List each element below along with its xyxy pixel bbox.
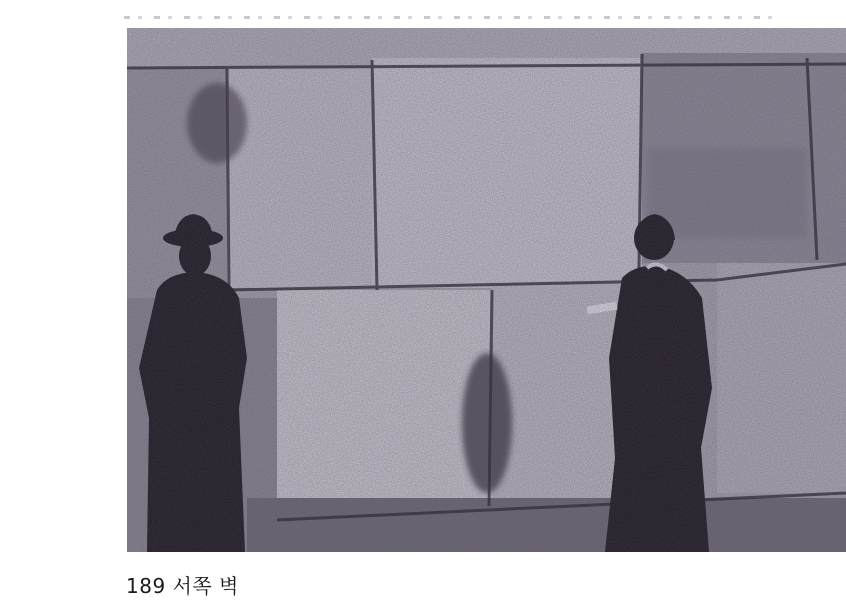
print-artifact-line [124, 16, 784, 19]
wall-photograph [127, 28, 846, 552]
figure-number: 189 [126, 574, 166, 598]
figure-caption: 189 서쪽 벽 [126, 570, 239, 599]
figure-caption-text: 서쪽 벽 [173, 574, 239, 598]
